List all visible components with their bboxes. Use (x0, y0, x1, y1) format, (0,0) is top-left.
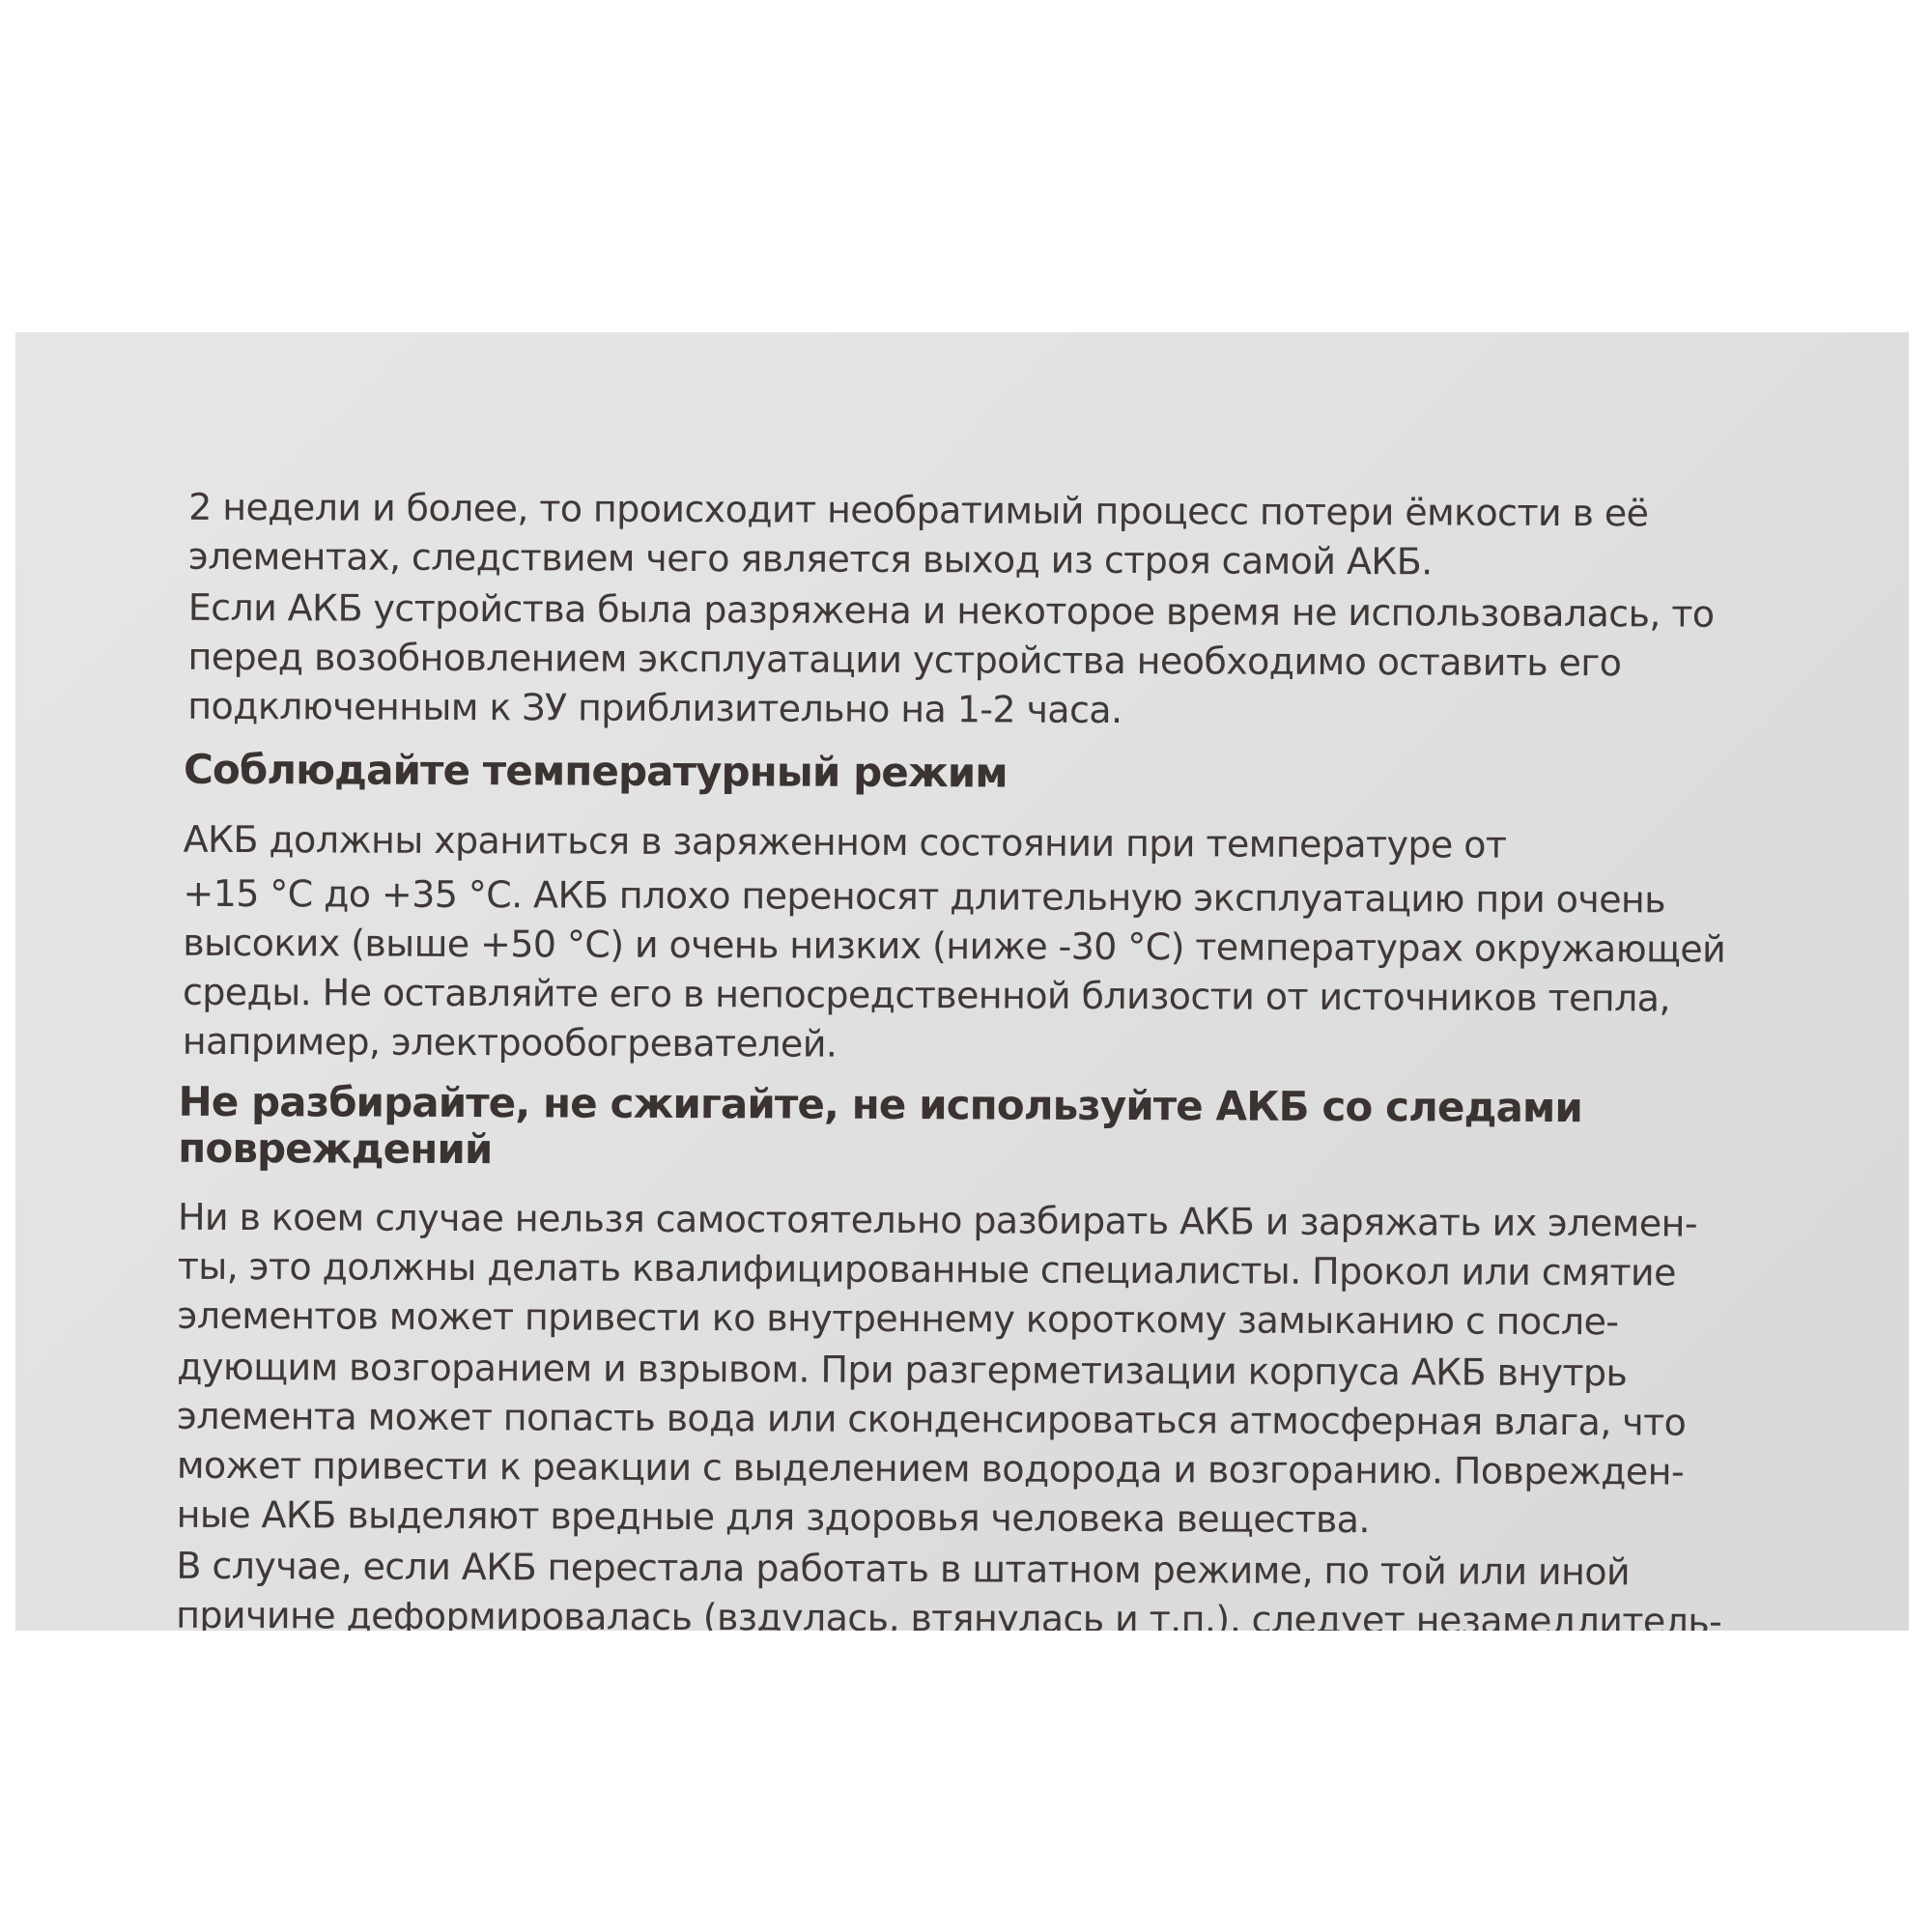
page-content: 2 недели и более, то происходит необрати… (15, 332, 1909, 1631)
section-line: +15 °С до +35 °С. АКБ плохо переносят дл… (183, 872, 1665, 922)
intro-line: Если АКБ устройства была разряжена и нек… (188, 586, 1715, 636)
scanned-document-page: 2 недели и более, то происходит необрати… (15, 332, 1909, 1631)
section-line: Ни в коем случае нельзя самостоятельно р… (178, 1196, 1697, 1245)
section-line: может привести к реакции с выделением во… (177, 1444, 1684, 1493)
section-line: ные АКБ выделяют вредные для здоровья че… (177, 1493, 1370, 1541)
section-line: среды. Не оставляйте его в непосредствен… (183, 971, 1670, 1020)
section-line: причине деформировалась (вздулась, втяну… (176, 1594, 1721, 1631)
intro-line: подключенным к ЗУ приблизительно на 1-2 … (187, 685, 1122, 731)
intro-line: 2 недели и более, то происходит необрати… (188, 486, 1648, 535)
section-line: В случае, если АКБ перестала работать в … (176, 1545, 1630, 1594)
section-heading-damage-cont: повреждений (178, 1125, 492, 1173)
section-line: высоких (выше +50 °С) и очень низких (ни… (183, 922, 1725, 971)
intro-line: перед возобновлением эксплуатации устрой… (187, 636, 1621, 684)
section-line: АКБ должны храниться в заряженном состоя… (184, 818, 1507, 867)
section-line: элемента может попасть вода или сконденс… (177, 1395, 1686, 1444)
section-line: дующим возгоранием и взрывом. При разгер… (177, 1346, 1627, 1395)
section-heading-damage: Не разбирайте, не сжигайте, не используй… (178, 1079, 1582, 1131)
section-line: например, электрообогревателей. (183, 1020, 838, 1065)
section-line: элементов может привести ко внутреннему … (177, 1294, 1618, 1344)
section-line: ты, это должны делать квалифицированные … (178, 1245, 1676, 1294)
intro-line: элементах, следствием чего является выхо… (188, 535, 1433, 583)
section-heading-temperature: Соблюдайте температурный режим (184, 747, 1008, 797)
